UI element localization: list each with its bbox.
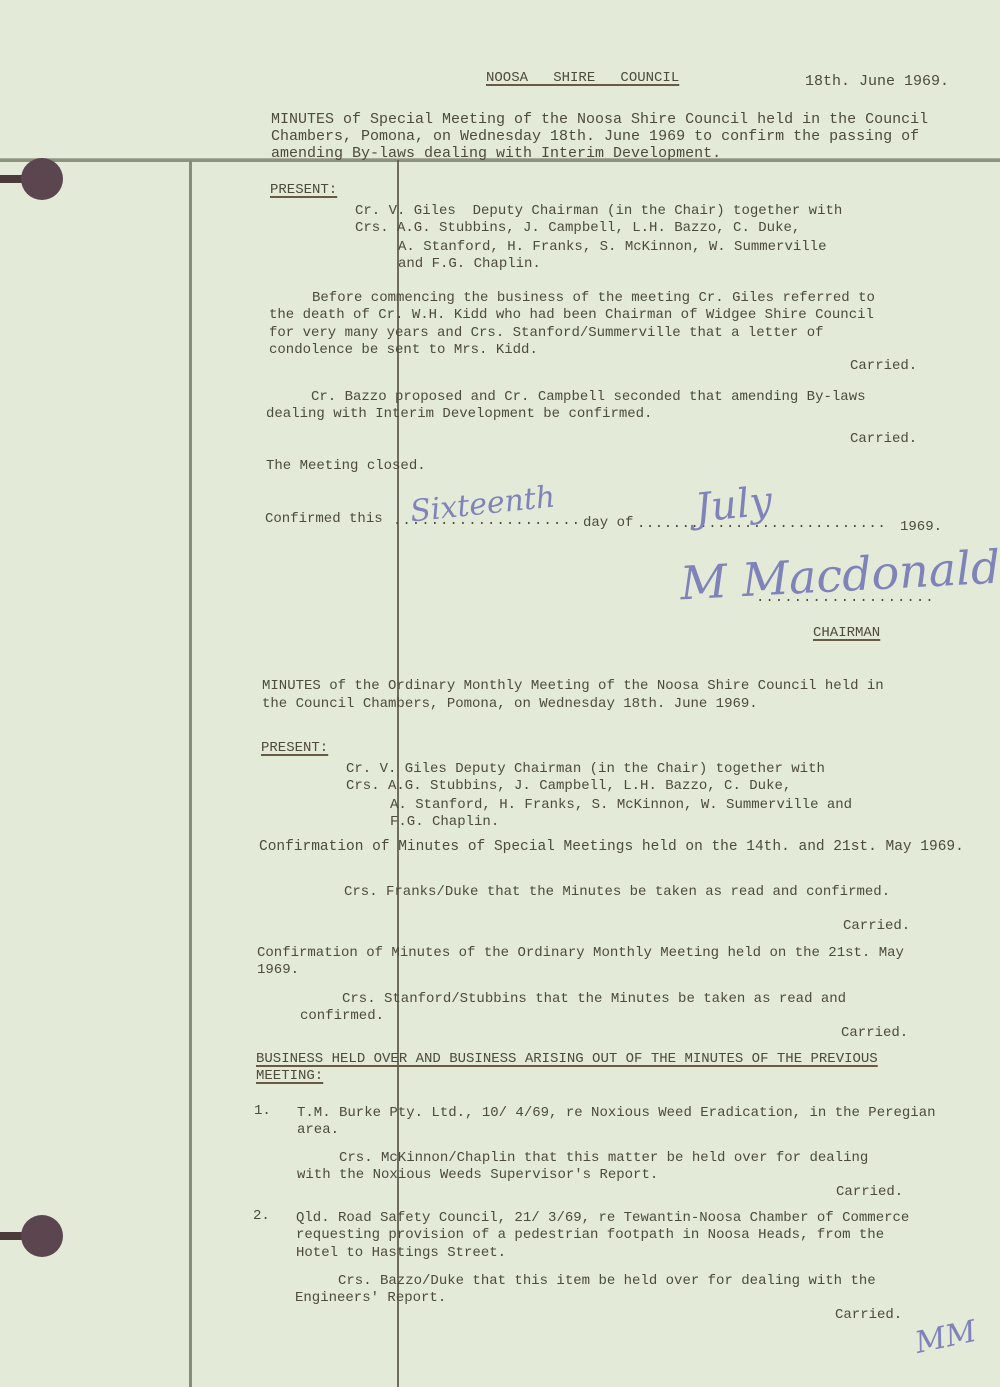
carried-status: Carried. <box>850 431 917 448</box>
carried-status: Carried. <box>835 1307 902 1324</box>
special-intro-line: MINUTES of Special Meeting of the Noosa … <box>271 111 928 128</box>
item-motion-line: with the Noxious Weeds Supervisor's Repo… <box>297 1167 658 1184</box>
item-motion-line: Engineers' Report. <box>295 1290 446 1307</box>
special-intro-line: amending By-laws dealing with Interim De… <box>271 145 721 162</box>
carried-status: Carried. <box>850 358 917 375</box>
item-motion-line: Crs. Bazzo/Duke that this item be held o… <box>338 1273 876 1290</box>
confirmation-ordinary-line: 1969. <box>257 962 299 979</box>
business-heading-line: BUSINESS HELD OVER AND BUSINESS ARISING … <box>256 1051 878 1068</box>
motion-ordinary-line: confirmed. <box>300 1008 384 1025</box>
signature-dots: ................... <box>756 590 935 607</box>
present-line: Crs. A.G. Stubbins, J. Campbell, L.H. Ba… <box>355 220 800 237</box>
punch-hole-top <box>21 158 63 200</box>
present-line: Cr. V. Giles Deputy Chairman (in the Cha… <box>346 761 825 778</box>
present-label: PRESENT: <box>261 740 328 757</box>
chairman-title: CHAIRMAN <box>813 625 880 642</box>
present-label: PRESENT: <box>270 182 337 199</box>
punch-hole-bottom <box>21 1215 63 1257</box>
condolence-line: the death of Cr. W.H. Kidd who had been … <box>269 307 874 324</box>
council-name: NOOSA SHIRE COUNCIL <box>486 70 679 87</box>
item-text-line: Hotel to Hastings Street. <box>296 1245 506 1262</box>
item-number: 2. <box>253 1208 270 1225</box>
ordinary-intro-line: the Council Chambers, Pomona, on Wednesd… <box>262 696 758 713</box>
item-text-line: area. <box>297 1122 339 1139</box>
meeting-closed: The Meeting closed. <box>266 458 426 475</box>
confirmed-prefix: Confirmed this <box>265 511 383 528</box>
present-line: Cr. V. Giles Deputy Chairman (in the Cha… <box>355 203 842 220</box>
confirmed-year: 1969. <box>900 519 942 536</box>
business-heading-line: MEETING: <box>256 1068 323 1085</box>
condolence-line: condolence be sent to Mrs. Kidd. <box>269 342 538 359</box>
present-line: F.G. Chaplin. <box>390 814 499 831</box>
item-text-line: T.M. Burke Pty. Ltd., 10/ 4/69, re Noxio… <box>297 1105 936 1122</box>
carried-status: Carried. <box>841 1025 908 1042</box>
bylaws-line: Cr. Bazzo proposed and Cr. Campbell seco… <box>311 389 866 406</box>
item-text-line: Qld. Road Safety Council, 21/ 3/69, re T… <box>296 1210 909 1227</box>
condolence-line: Before commencing the business of the me… <box>312 290 875 307</box>
confirmation-special: Confirmation of Minutes of Special Meeti… <box>259 839 964 856</box>
initials-handwritten: MM <box>912 1314 979 1361</box>
present-line: Crs. A.G. Stubbins, J. Campbell, L.H. Ba… <box>346 778 791 795</box>
confirmation-ordinary-line: Confirmation of Minutes of the Ordinary … <box>257 945 904 962</box>
motion-special: Crs. Franks/Duke that the Minutes be tak… <box>344 884 890 901</box>
ordinary-intro-line: MINUTES of the Ordinary Monthly Meeting … <box>262 678 884 695</box>
carried-status: Carried. <box>843 918 910 935</box>
item-text-line: requesting provision of a pedestrian foo… <box>296 1227 884 1244</box>
binder-tab-bottom <box>0 1232 22 1240</box>
motion-ordinary-line: Crs. Stanford/Stubbins that the Minutes … <box>342 991 846 1008</box>
special-intro-line: Chambers, Pomona, on Wednesday 18th. Jun… <box>271 128 919 145</box>
carried-status: Carried. <box>836 1184 903 1201</box>
month-handwritten: July <box>693 478 775 532</box>
bylaws-line: dealing with Interim Development be conf… <box>266 406 652 423</box>
present-line: A. Stanford, H. Franks, S. McKinnon, W. … <box>398 239 826 256</box>
confirmed-middle: day of <box>583 515 633 532</box>
binder-tab-top <box>0 175 22 183</box>
item-motion-line: Crs. McKinnon/Chaplin that this matter b… <box>339 1150 868 1167</box>
present-line: and F.G. Chaplin. <box>398 256 541 273</box>
item-number: 1. <box>254 1103 271 1120</box>
present-line: A. Stanford, H. Franks, S. McKinnon, W. … <box>390 797 852 814</box>
document-date: 18th. June 1969. <box>805 73 949 90</box>
condolence-line: for very many years and Crs. Stanford/Su… <box>269 325 824 342</box>
margin-rule <box>189 160 192 1387</box>
